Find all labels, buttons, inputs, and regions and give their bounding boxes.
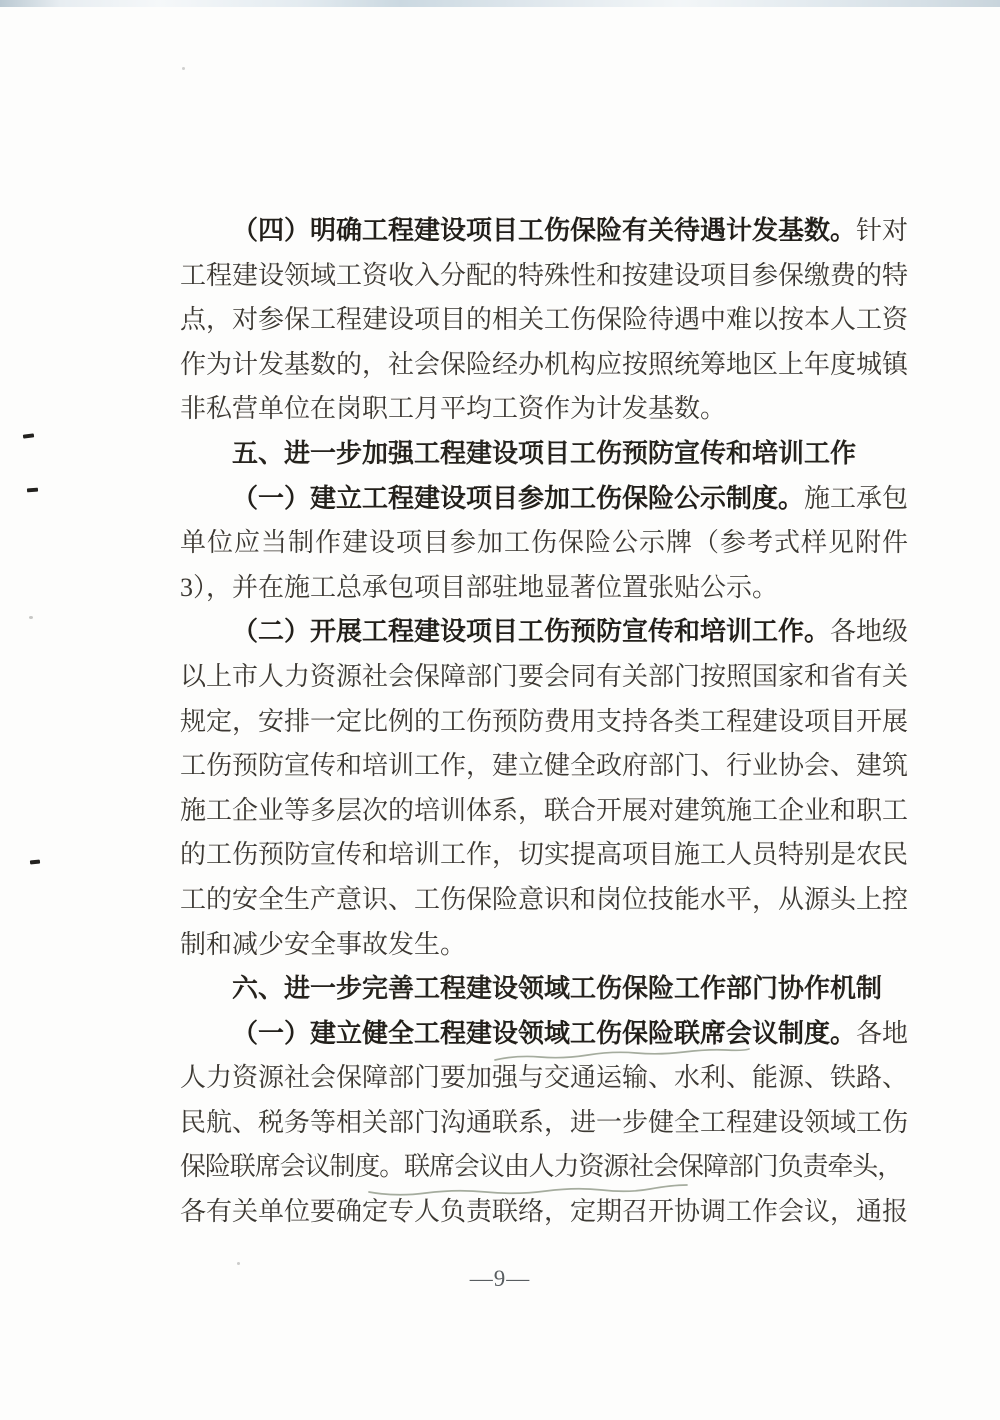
text-line: 非私营单位在岗职工月平均工资作为计发基数。 (180, 387, 910, 432)
text-segment: 非私营单位在岗职工月平均工资作为计发基数。 (180, 394, 726, 423)
text-line: 单位应当制作建设项目参加工伤保险公示牌（参考式样见附件 (180, 521, 910, 566)
margin-mark-icon (30, 859, 40, 864)
section-heading-line: 六、进一步完善工程建设领域工伤保险工作部门协作机制 (180, 967, 910, 1012)
text-block: （四）明确工程建设项目工伤保险有关待遇计发基数。针对工程建设领域工资收入分配的特… (180, 209, 910, 1235)
text-segment: 各有关单位要确定专人负责联络，定期召开协调工作会议，通报 (180, 1197, 908, 1226)
text-segment: 施工承包 (804, 484, 908, 513)
text-line: 工的安全生产意识、工伤保险意识和岗位技能水平，从源头上控 (180, 878, 910, 923)
text-line: 点，对参保工程建设项目的相关工伤保险待遇中难以按本人工资 (180, 298, 910, 343)
text-segment: 人力资源社会保障部门要加强与交通运输、水利、能源、铁路、 (180, 1063, 908, 1092)
text-line: 制和减少安全事故发生。 (180, 923, 910, 968)
text-segment: 工程建设领域工资收入分配的特殊性和按建设项目参保缴费的特 (180, 261, 908, 290)
text-line: 各有关单位要确定专人负责联络，定期召开协调工作会议，通报 (180, 1190, 910, 1235)
text-segment: 保险联席会议制度。联席会议由人力资源社会保障部门负责牵头， (180, 1152, 902, 1181)
text-segment: 点，对参保工程建设项目的相关工伤保险待遇中难以按本人工资 (180, 305, 908, 334)
bold-text-segment: （四）明确工程建设项目工伤保险有关待遇计发基数。 (232, 216, 856, 245)
text-line: 规定，安排一定比例的工伤预防费用支持各类工程建设项目开展 (180, 700, 910, 745)
text-segment: 3），并在施工总承包项目部驻地显著位置张贴公示。 (180, 573, 778, 602)
text-segment: 民航、税务等相关部门沟通联系，进一步健全工程建设领域工伤 (180, 1108, 908, 1137)
text-line: （一）建立健全工程建设领域工伤保险联席会议制度。各地 (180, 1012, 910, 1057)
text-segment: 单位应当制作建设项目参加工伤保险公示牌（参考式样见附件 (180, 528, 909, 557)
document-page: （四）明确工程建设项目工伤保险有关待遇计发基数。针对工程建设领域工资收入分配的特… (0, 0, 1000, 1420)
text-segment: 以上市人力资源社会保障部门要会同有关部门按照国家和省有关 (180, 662, 908, 691)
scan-artifact-top-band (0, 0, 1000, 7)
text-segment: 工伤预防宣传和培训工作，建立健全政府部门、行业协会、建筑 (180, 751, 908, 780)
text-line: （二）开展工程建设项目工伤预防宣传和培训工作。各地级 (180, 610, 910, 655)
text-line: 保险联席会议制度。联席会议由人力资源社会保障部门负责牵头， (180, 1145, 910, 1190)
text-segment: 的工伤预防宣传和培训工作，切实提高项目施工人员特别是农民 (180, 840, 908, 869)
text-segment: 各地级 (830, 617, 908, 646)
text-segment: 针对 (856, 216, 908, 245)
text-line: 施工企业等多层次的培训体系，联合开展对建筑施工企业和职工 (180, 789, 910, 834)
page-number: —9— (0, 1266, 1000, 1292)
margin-mark-icon (23, 433, 34, 438)
margin-mark-icon (27, 488, 38, 493)
text-segment: 作为计发基数的，社会保险经办机构应按照统筹地区上年度城镇 (180, 350, 908, 379)
text-segment: 各地 (856, 1019, 908, 1048)
text-line: 工伤预防宣传和培训工作，建立健全政府部门、行业协会、建筑 (180, 744, 910, 789)
bold-text-segment: 六、进一步完善工程建设领域工伤保险工作部门协作机制 (232, 974, 882, 1003)
text-segment: 规定，安排一定比例的工伤预防费用支持各类工程建设项目开展 (180, 707, 908, 736)
scan-speck (237, 1262, 240, 1265)
text-line: 工程建设领域工资收入分配的特殊性和按建设项目参保缴费的特 (180, 254, 910, 299)
text-line: （一）建立工程建设项目参加工伤保险公示制度。施工承包 (180, 477, 910, 522)
text-line: 以上市人力资源社会保障部门要会同有关部门按照国家和省有关 (180, 655, 910, 700)
text-line: （四）明确工程建设项目工伤保险有关待遇计发基数。针对 (180, 209, 910, 254)
bold-text-segment: （二）开展工程建设项目工伤预防宣传和培训工作。 (232, 617, 830, 646)
text-line: 的工伤预防宣传和培训工作，切实提高项目施工人员特别是农民 (180, 833, 910, 878)
text-line: 3），并在施工总承包项目部驻地显著位置张贴公示。 (180, 566, 910, 611)
text-segment: 工的安全生产意识、工伤保险意识和岗位技能水平，从源头上控 (180, 885, 908, 914)
text-segment: 施工企业等多层次的培训体系，联合开展对建筑施工企业和职工 (180, 796, 908, 825)
section-heading-line: 五、进一步加强工程建设项目工伤预防宣传和培训工作 (180, 432, 910, 477)
bold-text-segment: （一）建立工程建设项目参加工伤保险公示制度。 (232, 484, 804, 513)
text-segment: 制和减少安全事故发生。 (180, 930, 466, 959)
text-line: 作为计发基数的，社会保险经办机构应按照统筹地区上年度城镇 (180, 343, 910, 388)
bold-text-segment: 五、进一步加强工程建设项目工伤预防宣传和培训工作 (232, 439, 856, 468)
scan-speck (182, 67, 185, 70)
text-line: 人力资源社会保障部门要加强与交通运输、水利、能源、铁路、 (180, 1056, 910, 1101)
bold-text-segment: （一）建立健全工程建设领域工伤保险联席会议制度。 (232, 1019, 856, 1048)
scan-speck (29, 616, 33, 619)
text-line: 民航、税务等相关部门沟通联系，进一步健全工程建设领域工伤 (180, 1101, 910, 1146)
